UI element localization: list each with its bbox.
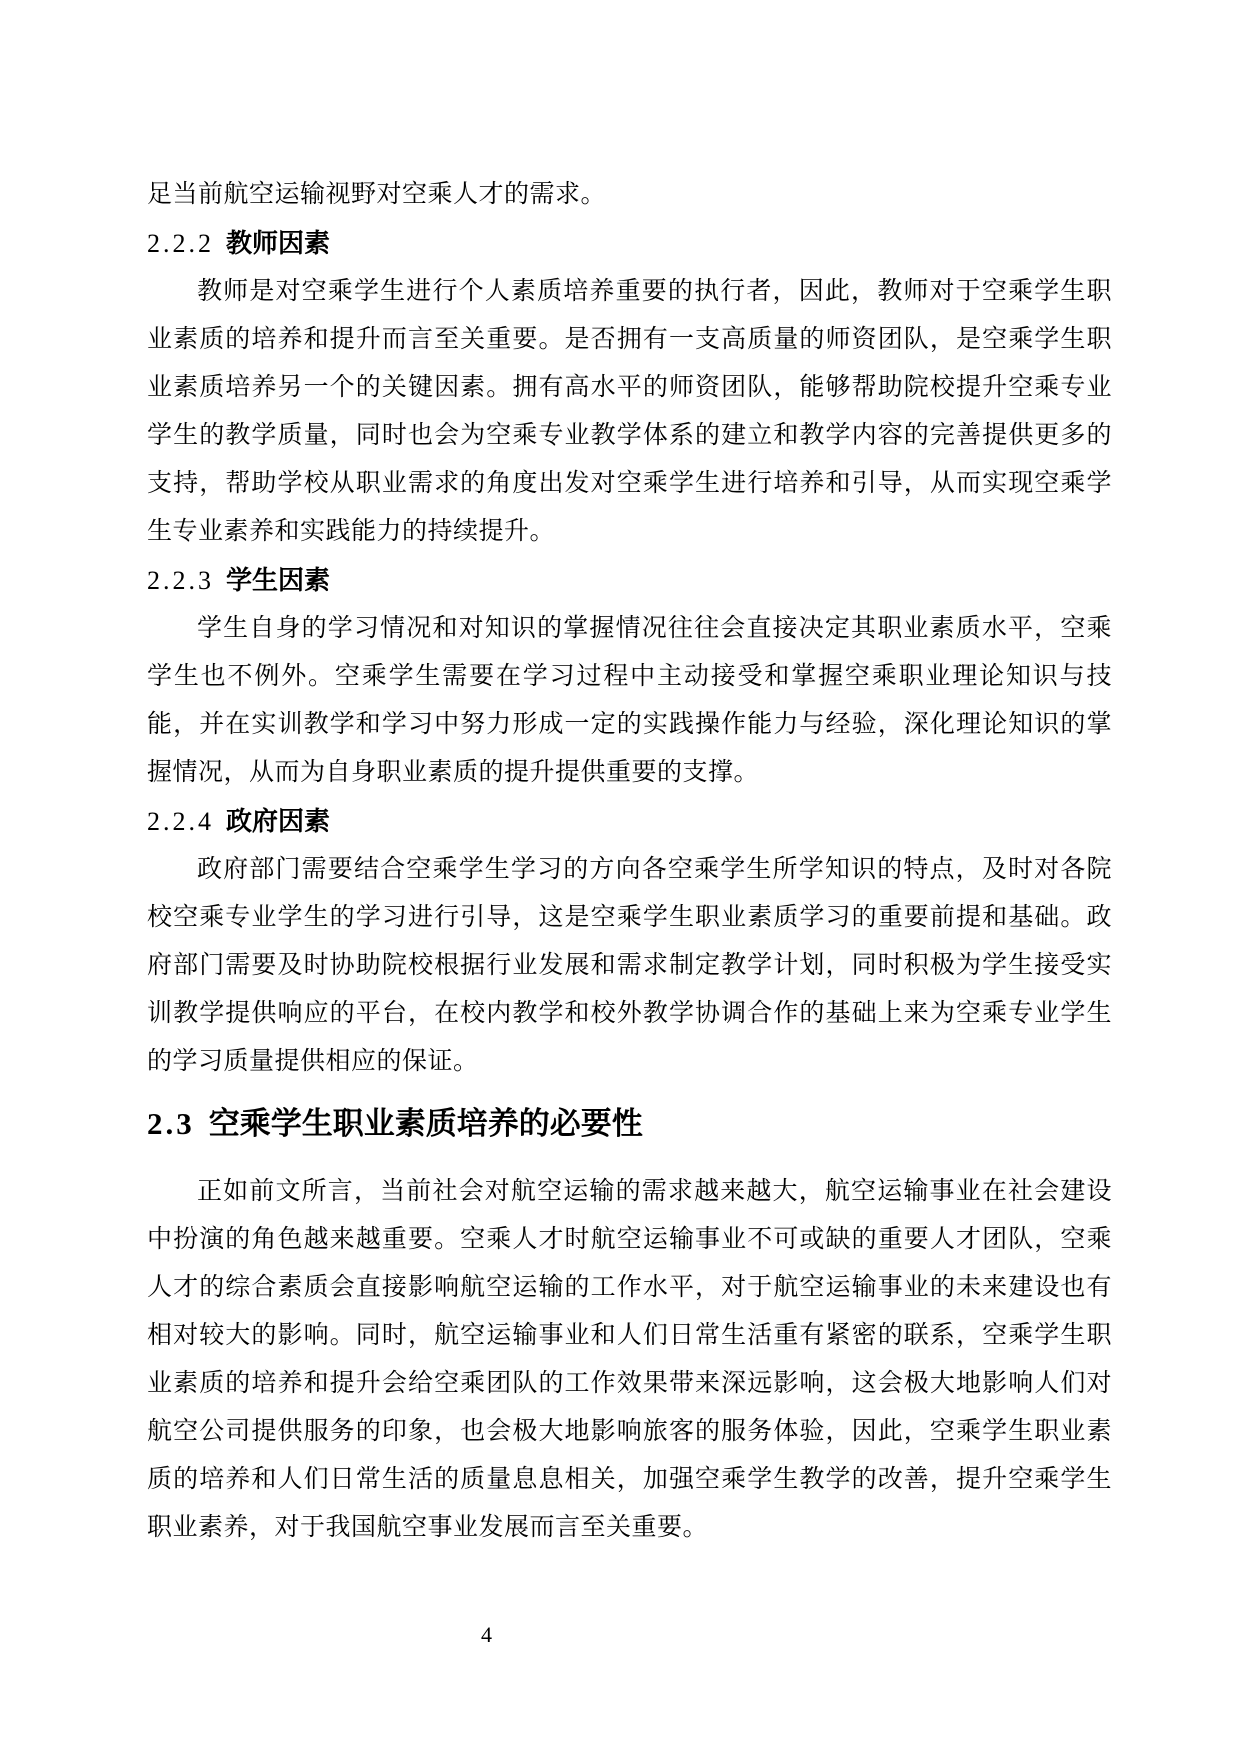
paragraph-student-factor: 学生自身的学习情况和对知识的掌握情况往往会直接决定其职业素质水平，空乘学生也不例… — [147, 605, 1112, 797]
heading-2-2-2: 2.2.2教师因素 — [147, 219, 1112, 268]
heading-2-3-number: 2.3 — [147, 1106, 195, 1141]
document-body: 足当前航空运输视野对空乘人才的需求。 2.2.2教师因素 教师是对空乘学生进行个… — [147, 171, 1112, 1552]
heading-2-2-4-number: 2.2.4 — [147, 807, 214, 836]
heading-2-3-title: 空乘学生职业素质培养的必要性 — [209, 1106, 643, 1141]
paragraph-necessity: 正如前文所言，当前社会对航空运输的需求越来越大，航空运输事业在社会建设中扮演的角… — [147, 1168, 1112, 1552]
heading-2-2-4-title: 政府因素 — [226, 806, 330, 836]
document-page: 足当前航空运输视野对空乘人才的需求。 2.2.2教师因素 教师是对空乘学生进行个… — [0, 0, 1240, 1754]
heading-2-2-3: 2.2.3学生因素 — [147, 556, 1112, 605]
paragraph-tail: 足当前航空运输视野对空乘人才的需求。 — [147, 171, 1112, 219]
heading-2-2-3-number: 2.2.3 — [147, 566, 214, 595]
page-number: 4 — [481, 1622, 492, 1648]
heading-2-3: 2.3空乘学生职业素质培养的必要性 — [147, 1100, 1112, 1148]
paragraph-government-factor: 政府部门需要结合空乘学生学习的方向各空乘学生所学知识的特点，及时对各院校空乘专业… — [147, 846, 1112, 1086]
heading-2-2-2-title: 教师因素 — [226, 228, 330, 258]
heading-2-2-4: 2.2.4政府因素 — [147, 797, 1112, 846]
heading-2-2-3-title: 学生因素 — [226, 565, 330, 595]
heading-2-2-2-number: 2.2.2 — [147, 229, 214, 258]
paragraph-teacher-factor: 教师是对空乘学生进行个人素质培养重要的执行者，因此，教师对于空乘学生职业素质的培… — [147, 268, 1112, 556]
